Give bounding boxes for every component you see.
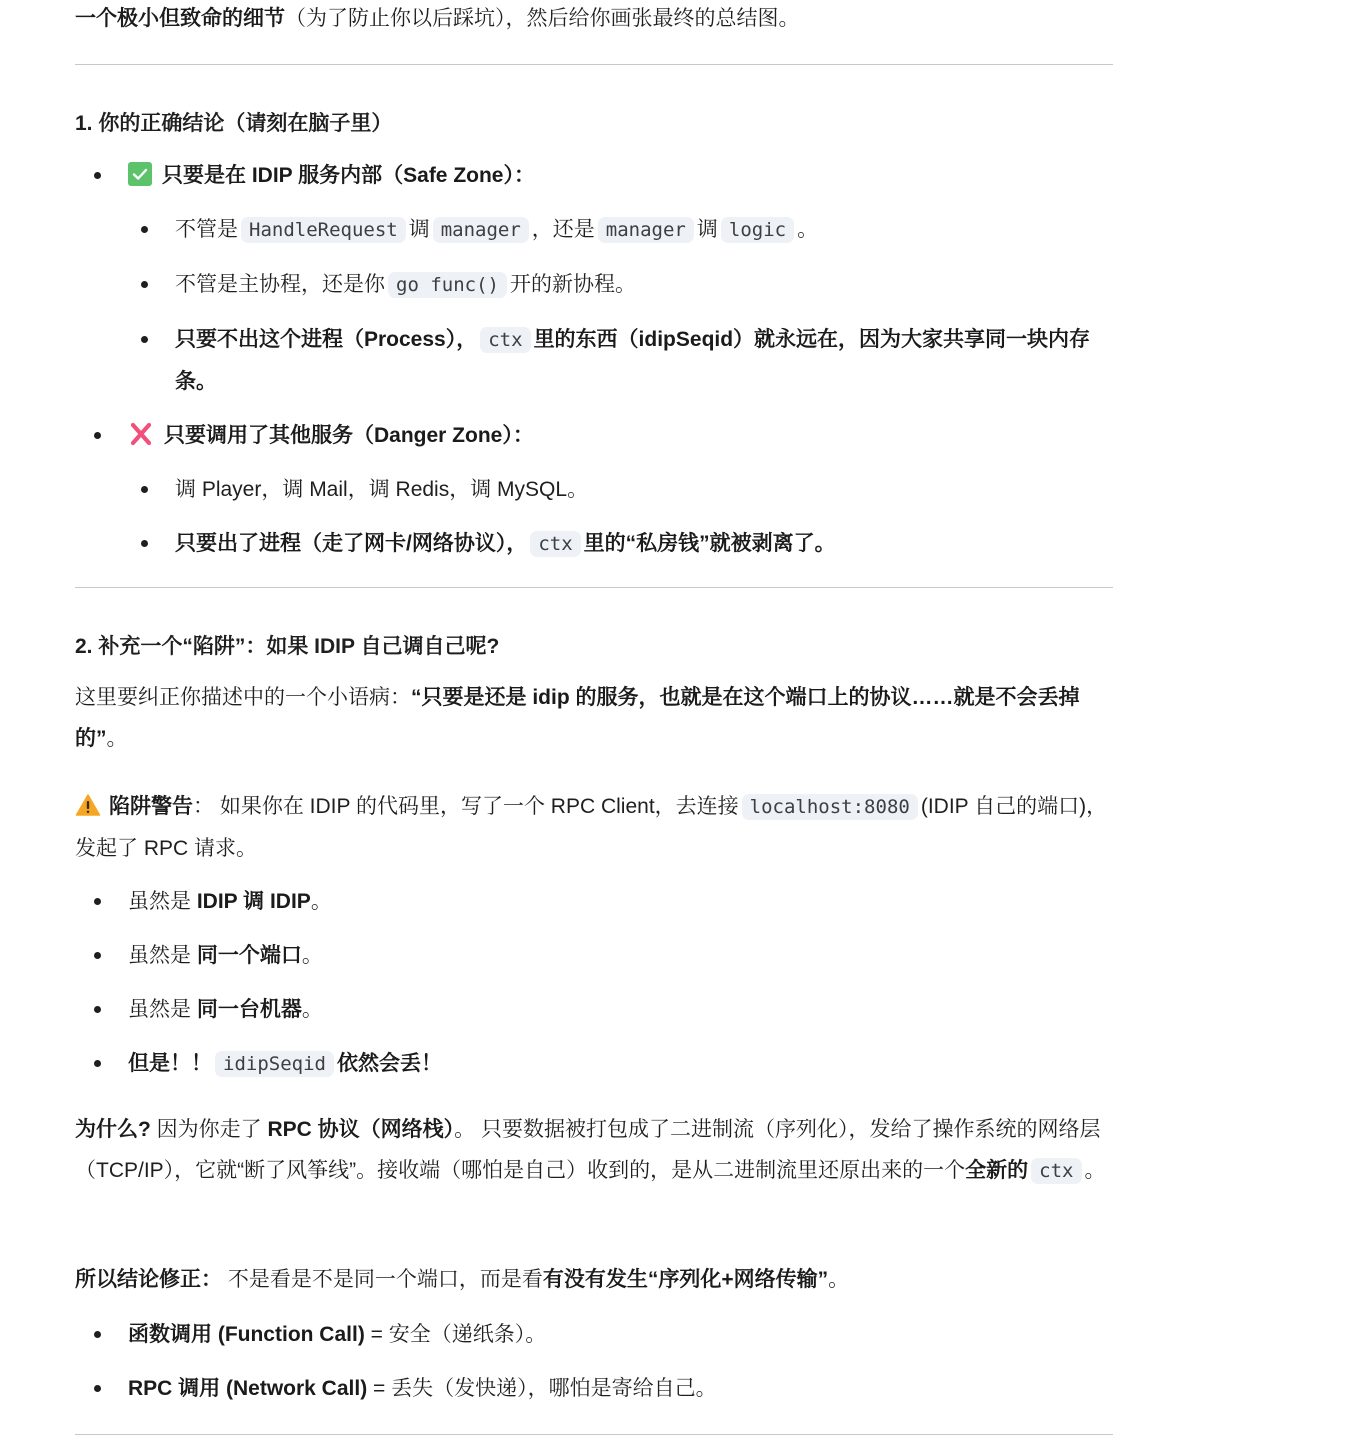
list-item: 虽然是 IDIP 调 IDIP。 [75, 881, 1113, 922]
section-1-heading: 1. 你的正确结论（请刻在脑子里） [75, 109, 392, 139]
bold-text: 只要不出这个进程（Process）， [175, 328, 477, 351]
text: 。 [1085, 1159, 1106, 1182]
bold-text: IDIP 调 IDIP [197, 890, 311, 913]
text: 。 [828, 1268, 849, 1291]
list-item: RPC 调用 (Network Call) = 丢失（发快递），哪怕是寄给自己。 [75, 1368, 1113, 1409]
list-item-safe-zone: 只要是在 IDIP 服务内部（Safe Zone）： [75, 155, 1113, 196]
list-item: 虽然是 同一台机器。 [75, 989, 1113, 1030]
text: 虽然是 [128, 944, 197, 967]
list-item: 调 Player，调 Mail，调 Redis，调 MySQL。 [75, 469, 1113, 510]
divider [75, 587, 1113, 588]
cross-mark-icon [128, 421, 154, 447]
text: 不管是 [175, 218, 238, 241]
text: ： 如果你在 IDIP 的代码里，写了一个 RPC Client，去连接 [193, 795, 739, 818]
code-ctx: ctx [530, 531, 580, 557]
bold-text: 为什么? [75, 1118, 151, 1141]
text: ，还是 [532, 218, 595, 241]
bold-text: RPC 协议（网络栈） [268, 1118, 455, 1141]
intro-bold: 一个极小但致命的细节 [75, 7, 285, 30]
trap-list: 虽然是 IDIP 调 IDIP。 虽然是 同一个端口。 虽然是 同一台机器。 但… [75, 881, 1113, 1085]
text: 不是看是不是同一个端口，而是看 [222, 1268, 543, 1291]
bold-text: RPC 调用 (Network Call) [128, 1377, 367, 1400]
bold-text: 里的“私房钱”就被剥离了。 [584, 532, 836, 555]
code-manager: manager [598, 217, 694, 243]
code-localhost: localhost:8080 [742, 794, 918, 820]
text: = 丢失（发快递），哪怕是寄给自己。 [367, 1377, 716, 1400]
danger-zone-label: 只要调用了其他服务（Danger Zone）： [164, 424, 534, 447]
list-item: 虽然是 同一个端口。 [75, 935, 1113, 976]
bold-text: 但是！！ [128, 1052, 212, 1075]
text: = 安全（递纸条）。 [365, 1323, 546, 1346]
text: 。 [311, 890, 332, 913]
intro-paragraph: 一个极小但致命的细节（为了防止你以后踩坑），然后给你画张最终的总结图。 [75, 0, 800, 39]
text: 虽然是 [128, 890, 197, 913]
bold-text: 有没有发生“序列化+网络传输” [543, 1268, 828, 1291]
text: 开的新协程。 [510, 273, 636, 296]
warning-icon [75, 793, 101, 817]
bold-text: 同一个端口 [197, 944, 302, 967]
bold-text: 全新的 [965, 1159, 1028, 1182]
list-item: 函数调用 (Function Call) = 安全（递纸条）。 [75, 1314, 1113, 1355]
code-handlerequest: HandleRequest [241, 217, 406, 243]
warning-paragraph: 陷阱警告： 如果你在 IDIP 的代码里，写了一个 RPC Client，去连接… [75, 786, 1113, 869]
conclusion-paragraph: 所以结论修正： 不是看是不是同一个端口，而是看有没有发生“序列化+网络传输”。 [75, 1259, 1113, 1300]
divider [75, 64, 1113, 65]
section-1-list: 只要是在 IDIP 服务内部（Safe Zone）： 不管是HandleRequ… [75, 155, 1113, 565]
text: 调 [409, 218, 430, 241]
code-idipseqid: idipSeqid [215, 1051, 334, 1077]
code-go-func: go func() [388, 272, 507, 298]
text: 不管是主协程，还是你 [175, 273, 385, 296]
list-item-danger-zone: 只要调用了其他服务（Danger Zone）： [75, 415, 1113, 456]
list-item: 只要不出这个进程（Process），ctx里的东西（idipSeqid）就永远在… [75, 319, 1113, 402]
section-2-heading: 2. 补充一个“陷阱”：如果 IDIP 自己调自己呢? [75, 632, 499, 662]
list-item: 但是！！idipSeqid依然会丢！ [75, 1043, 1113, 1085]
intro-text: （为了防止你以后踩坑），然后给你画张最终的总结图。 [285, 7, 800, 30]
list-item: 不管是主协程，还是你go func()开的新协程。 [75, 264, 1113, 306]
text: 调 [697, 218, 718, 241]
bold-text: 函数调用 (Function Call) [128, 1323, 365, 1346]
text: 。 [107, 727, 128, 750]
text: 调 Player，调 Mail，调 Redis，调 MySQL。 [175, 478, 588, 501]
summary-list: 函数调用 (Function Call) = 安全（递纸条）。 RPC 调用 (… [75, 1314, 1113, 1409]
code-ctx: ctx [480, 327, 530, 353]
bold-text: 所以结论修正： [75, 1268, 222, 1291]
code-logic: logic [721, 217, 794, 243]
text: 因为你走了 [151, 1118, 268, 1141]
bold-text: 只要出了进程（走了网卡/网络协议）， [175, 532, 527, 555]
list-item: 只要出了进程（走了网卡/网络协议），ctx里的“私房钱”就被剥离了。 [75, 523, 1113, 565]
text: 这里要纠正你描述中的一个小语病： [75, 686, 411, 709]
text: 。 [302, 998, 323, 1021]
code-manager: manager [433, 217, 529, 243]
list-item: 不管是HandleRequest调manager，还是manager调logic… [75, 209, 1113, 251]
correction-paragraph: 这里要纠正你描述中的一个小语病：“只要是还是 idip 的服务，也就是在这个端口… [75, 677, 1113, 759]
bold-text: 依然会丢！ [337, 1052, 442, 1075]
text: 虽然是 [128, 998, 197, 1021]
divider [75, 1434, 1113, 1435]
text: 。 [302, 944, 323, 967]
text: 。 [797, 218, 818, 241]
code-ctx: ctx [1031, 1158, 1081, 1184]
why-paragraph: 为什么? 因为你走了 RPC 协议（网络栈）。 只要数据被打包成了二进制流（序列… [75, 1109, 1113, 1192]
warning-label: 陷阱警告 [109, 795, 193, 818]
safe-zone-label: 只要是在 IDIP 服务内部（Safe Zone）： [162, 164, 535, 187]
bold-text: 同一台机器 [197, 998, 302, 1021]
check-box-icon [128, 162, 152, 186]
